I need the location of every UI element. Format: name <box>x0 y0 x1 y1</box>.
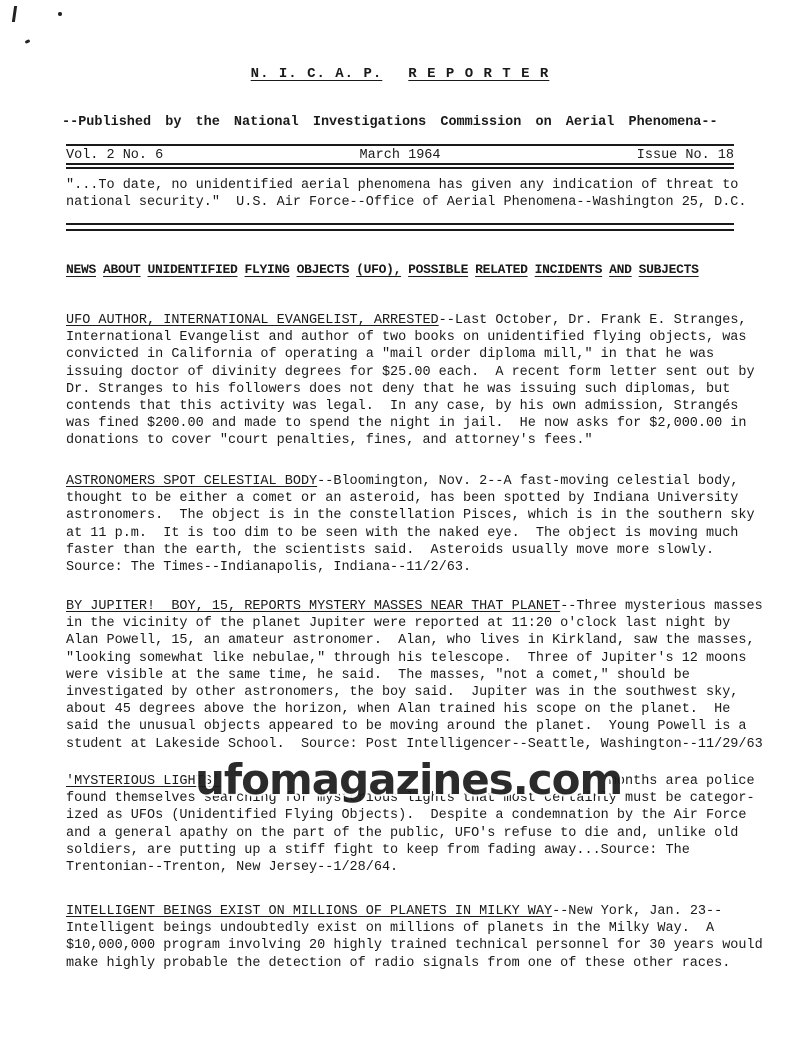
article-headline: UFO AUTHOR, INTERNATIONAL EVANGELIST, AR… <box>66 313 439 328</box>
article-first-line: ASTRONOMERS SPOT CELESTIAL BODY--Bloomin… <box>66 473 766 490</box>
article-text: --New York, Jan. 23-- <box>552 904 722 919</box>
article-line: was fined $200.00 and made to spend the … <box>66 415 766 432</box>
volume-number: Vol. 2 No. 6 <box>66 148 163 163</box>
issue-info: Vol. 2 No. 6 March 1964 Issue No. 18 <box>66 147 734 163</box>
article-text: --Three mysterious masses <box>560 599 763 614</box>
article-line: were visible at the same time, he said. … <box>66 667 766 684</box>
article-line: Intelligent beings undoubtedly exist on … <box>66 920 766 937</box>
article-line: student at Lakeside School. Source: Post… <box>66 736 766 753</box>
article-line: thought to be either a comet or an aster… <box>66 490 766 507</box>
divider <box>66 163 734 165</box>
article-line: soldiers, are putting up a stiff fight t… <box>66 842 766 859</box>
article-line: convicted in California of operating a "… <box>66 346 766 363</box>
article-line: "looking somewhat like nebulae," through… <box>66 650 766 667</box>
masthead-title: R E P O R T E R <box>408 66 549 82</box>
article-line: ized as UFOs (Unidentified Flying Object… <box>66 807 766 824</box>
divider <box>66 167 734 169</box>
article-line: Source: The Times--Indianapolis, Indiana… <box>66 559 766 576</box>
article-line: faster than the earth, the scientists sa… <box>66 542 766 559</box>
article-line: investigated by other astronomers, the b… <box>66 684 766 701</box>
section-heading-word: (UFO), <box>356 262 401 277</box>
scan-mark <box>12 6 17 22</box>
masthead-org: N. I. C. A. P. <box>251 66 383 82</box>
section-heading-word: AND <box>609 262 632 277</box>
article-line: Alan Powell, 15, an amateur astronomer. … <box>66 632 766 649</box>
section-heading-word: FLYING <box>245 262 290 277</box>
article-line: Trentonian--Trenton, New Jersey--1/28/64… <box>66 859 766 876</box>
section-heading-word: ABOUT <box>103 262 141 277</box>
divider <box>66 144 734 146</box>
article-text: --Bloomington, Nov. 2--A fast-moving cel… <box>317 474 738 489</box>
section-heading: NEWSABOUTUNIDENTIFIEDFLYINGOBJECTS(UFO),… <box>66 262 746 277</box>
epigraph-line: "...To date, no unidentified aerial phen… <box>66 178 738 193</box>
section-heading-word: RELATED <box>475 262 528 277</box>
article: UFO AUTHOR, INTERNATIONAL EVANGELIST, AR… <box>66 312 766 450</box>
article-headline: ASTRONOMERS SPOT CELESTIAL BODY <box>66 474 317 489</box>
article-line: $10,000,000 program involving 20 highly … <box>66 937 766 954</box>
article-line: said the unusual objects appeared to be … <box>66 718 766 735</box>
divider <box>66 223 734 225</box>
article-first-line: BY JUPITER! BOY, 15, REPORTS MYSTERY MAS… <box>66 598 766 615</box>
section-heading-word: UNIDENTIFIED <box>148 262 238 277</box>
article-line: make highly probable the detection of ra… <box>66 955 766 972</box>
section-heading-word: POSSIBLE <box>408 262 468 277</box>
article-line: at 11 p.m. It is too dim to be seen with… <box>66 525 766 542</box>
section-heading-word: SUBJECTS <box>639 262 699 277</box>
watermark: ufomagazines.com <box>195 760 622 800</box>
article-line: in the vicinity of the planet Jupiter we… <box>66 615 766 632</box>
epigraph-line: national security." U.S. Air Force--Offi… <box>66 195 747 210</box>
section-heading-word: INCIDENTS <box>535 262 603 277</box>
article-headline: BY JUPITER! BOY, 15, REPORTS MYSTERY MAS… <box>66 599 560 614</box>
article-text: --Last October, Dr. Frank E. Stranges, <box>439 313 747 328</box>
article-first-line: INTELLIGENT BEINGS EXIST ON MILLIONS OF … <box>66 903 766 920</box>
article-line: donations to cover "court penalties, fin… <box>66 432 766 449</box>
article-line: contends that this activity was legal. I… <box>66 398 766 415</box>
article: INTELLIGENT BEINGS EXIST ON MILLIONS OF … <box>66 903 766 972</box>
section-heading-word: OBJECTS <box>297 262 350 277</box>
article-line: astronomers. The object is in the conste… <box>66 507 766 524</box>
article-line: about 45 degrees above the horizon, when… <box>66 701 766 718</box>
issue-date: March 1964 <box>359 148 440 163</box>
article-first-line: UFO AUTHOR, INTERNATIONAL EVANGELIST, AR… <box>66 312 766 329</box>
article-line: International Evangelist and author of t… <box>66 329 766 346</box>
article-line: and a general apathy on the part of the … <box>66 825 766 842</box>
issue-number: Issue No. 18 <box>637 148 734 163</box>
article-headline: INTELLIGENT BEINGS EXIST ON MILLIONS OF … <box>66 904 552 919</box>
scan-mark <box>25 39 31 44</box>
epigraph: "...To date, no unidentified aerial phen… <box>66 177 746 211</box>
article: BY JUPITER! BOY, 15, REPORTS MYSTERY MAS… <box>66 598 766 753</box>
section-heading-word: NEWS <box>66 262 96 277</box>
divider <box>66 229 734 231</box>
masthead: N. I. C. A. P.R E P O R T E R <box>0 66 800 82</box>
article-line: Dr. Stranges to his followers does not d… <box>66 381 766 398</box>
scan-mark <box>58 12 62 16</box>
publisher-line: --Published by the National Investigatio… <box>62 115 742 130</box>
article: ASTRONOMERS SPOT CELESTIAL BODY--Bloomin… <box>66 473 766 576</box>
document-page: N. I. C. A. P.R E P O R T E R --Publishe… <box>0 0 800 1037</box>
article-line: issuing doctor of divinity degrees for $… <box>66 364 766 381</box>
